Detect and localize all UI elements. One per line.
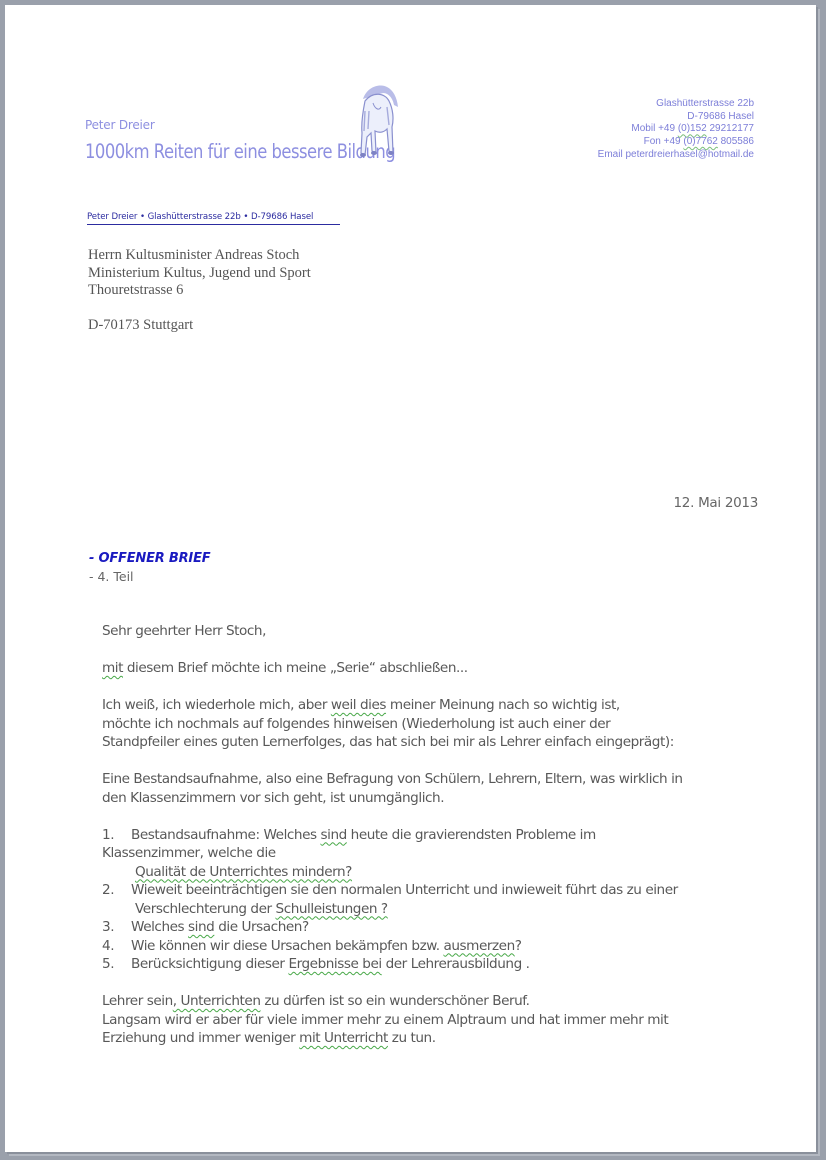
paragraph-2-line-1: Ich weiß, ich wiederhole mich, aber weil… [102, 696, 782, 715]
list-text-b: die Ursachen? [214, 919, 308, 935]
list-number: 2. [102, 881, 131, 900]
contact-city: D-79686 Hasel [598, 111, 754, 124]
list-text: Berücksichtigung dieser Ergebnisse bei d… [131, 955, 530, 974]
spellcheck-word: , Unterrichten [173, 993, 261, 1009]
list-item: 3. Welches sind die Ursachen? [102, 918, 782, 937]
list-text: Verschlechterung der [135, 901, 276, 917]
mobile-area-code: (0)152 [678, 123, 707, 134]
list-text-a: Bestandsaufnahme: Welches [131, 827, 321, 843]
spellcheck-phrase: Qualität de Unterrichtes mindern? [135, 864, 352, 880]
subject-title: - OFFENER BRIEF [89, 550, 210, 568]
spellcheck-word: Ergebnisse bei [288, 956, 381, 972]
mobile-number: 29212177 [707, 123, 754, 134]
list-text-a: Welches [131, 919, 188, 935]
list-number: 5. [102, 955, 131, 974]
sender-contact-block: Glashütterstrasse 22b D-79686 Hasel Mobi… [598, 98, 754, 162]
closing-text-b: zu dürfen ist so ein wunderschöner Beruf… [260, 993, 529, 1009]
spellcheck-word: sind [321, 827, 347, 843]
p2-text-a: Ich weiß, ich wiederhole mich, aber [102, 697, 331, 713]
list-item: 5. Berücksichtigung dieser Ergebnisse be… [102, 955, 782, 974]
mobile-label: Mobil +49 [631, 123, 677, 134]
list-text: Wieweit beeinträchtigen sie den normalen… [131, 881, 678, 900]
list-text-a: Wie können wir diese Ursachen bekämpfen … [131, 938, 443, 954]
closing-text-a: Lehrer sein [102, 993, 173, 1009]
closing-line-2: Langsam wird er aber für viele immer meh… [102, 1011, 782, 1030]
paragraph-3-line-2: den Klassenzimmern vor sich geht, ist un… [102, 789, 782, 808]
numbered-list: 1. Bestandsaufnahme: Welches sind heute … [102, 826, 782, 974]
recipient-address: Herrn Kultusminister Andreas Stoch Minis… [88, 247, 311, 334]
list-item: 4. Wie können wir diese Ursachen bekämpf… [102, 937, 782, 956]
list-text-a: Berücksichtigung dieser [131, 956, 288, 972]
phone-number: 805586 [718, 136, 754, 147]
horse-sketch-icon [353, 81, 399, 163]
paragraph-2-line-2: möchte ich nochmals auf folgendes hinwei… [102, 715, 782, 734]
spellcheck-word: sind [188, 919, 214, 935]
phone-area-code: (0)7762 [683, 136, 717, 147]
p2-text-b: meiner Meinung nach so wichtig ist, [386, 697, 620, 713]
list-number: 3. [102, 918, 131, 937]
recipient-city: D-70173 Stuttgart [88, 317, 311, 335]
closing-text-a: Erziehung und immer weniger [102, 1030, 299, 1046]
list-item-1-line-2: Klassenzimmer, welche die [102, 844, 782, 863]
recipient-line-3: Thouretstrasse 6 [88, 282, 311, 300]
letter-body: Sehr geehrter Herr Stoch, mit diesem Bri… [102, 622, 782, 1048]
recipient-line-1: Herrn Kultusminister Andreas Stoch [88, 247, 311, 265]
paragraph-2-line-3: Standpfeiler eines guten Lernerfolges, d… [102, 733, 782, 752]
spellcheck-word: Schulleistungen ? [276, 901, 388, 917]
list-text-b: heute die gravierendsten Probleme im [347, 827, 596, 843]
intro-text: diesem Brief möchte ich meine „Serie“ ab… [123, 660, 468, 676]
list-text-b: der Lehrerausbildung . [382, 956, 530, 972]
spellcheck-word: ausmerzen [443, 938, 514, 954]
list-text: Welches sind die Ursachen? [131, 918, 309, 937]
list-number: 1. [102, 826, 131, 845]
letter-date: 12. Mai 2013 [674, 495, 758, 511]
salutation: Sehr geehrter Herr Stoch, [102, 622, 782, 641]
intro-paragraph: mit diesem Brief möchte ich meine „Serie… [102, 659, 782, 678]
list-text: Bestandsaufnahme: Welches sind heute die… [131, 826, 596, 845]
recipient-line-2: Ministerium Kultus, Jugend und Sport [88, 265, 311, 283]
list-item-2-line-2: Verschlechterung der Schulleistungen ? [102, 900, 782, 919]
spellcheck-word: weil dies [331, 697, 386, 713]
closing-line-1: Lehrer sein, Unterrichten zu dürfen ist … [102, 992, 782, 1011]
closing-text-b: zu tun. [388, 1030, 436, 1046]
list-item: 1. Bestandsaufnahme: Welches sind heute … [102, 826, 782, 845]
letterhead-name: Peter Dreier [85, 118, 155, 132]
contact-mobile: Mobil +49 (0)152 29212177 [598, 123, 754, 136]
list-item-1-line-3: Qualität de Unterrichtes mindern? [102, 863, 782, 882]
paragraph-3-line-1: Eine Bestandsaufnahme, also eine Befragu… [102, 770, 782, 789]
document-page: Peter Dreier 1000km Reiten für eine bess… [5, 5, 816, 1152]
sender-return-address: Peter Dreier • Glashütterstrasse 22b • D… [87, 212, 340, 225]
contact-street: Glashütterstrasse 22b [598, 98, 754, 111]
subject-block: - OFFENER BRIEF - 4. Teil [89, 550, 210, 586]
spellcheck-word: mit [102, 660, 123, 676]
phone-label: Fon +49 [644, 136, 684, 147]
list-number: 4. [102, 937, 131, 956]
letterhead-slogan: 1000km Reiten für eine bessere Bildung [85, 140, 395, 163]
list-text: Wie können wir diese Ursachen bekämpfen … [131, 937, 522, 956]
subject-part: - 4. Teil [89, 568, 210, 586]
spellcheck-word: mit Unterricht [299, 1030, 388, 1046]
list-item: 2. Wieweit beeinträchtigen sie den norma… [102, 881, 782, 900]
closing-line-3: Erziehung und immer weniger mit Unterric… [102, 1029, 782, 1048]
contact-phone: Fon +49 (0)7762 805586 [598, 136, 754, 149]
contact-email: Email peterdreierhasel@hotmail.de [598, 149, 754, 162]
list-text-b: ? [515, 938, 522, 954]
